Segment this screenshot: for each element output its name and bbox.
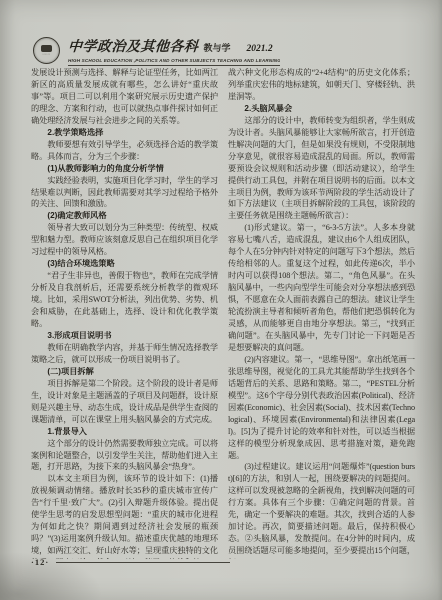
footer-rule [56, 562, 230, 563]
paragraph: 这部分的设计中，教师转变为组织者，学生则成为设计者。头脑风暴能够让大家畅所欲言，… [228, 115, 415, 223]
section-heading: (2)确定教师风格 [31, 210, 218, 222]
section-heading: (3)结合环境选策略 [31, 258, 218, 270]
journal-header: ◦◦◦◦◦◦ 中学政治及其他各科 教与学 2021.2 HIGH SCHOOL … [33, 36, 415, 66]
section-heading: 2.教学策略选择 [31, 127, 218, 139]
section-heading: (1)从教师影响力的角度分析学情 [31, 163, 218, 175]
page-footer: ·12· [31, 557, 415, 567]
paragraph: (3)过程建议。建议运用“问题爆炸”(question burst)[6]的方法… [228, 461, 415, 559]
paragraph: 这个部分的设计仍然需要教师独立完成。可以将案例和论题整合，以引发学生关注，帮助他… [31, 438, 218, 474]
section-heading: 1.背景导入 [31, 426, 218, 438]
journal-title-block: 中学政治及其他各科 教与学 2021.2 HIGH SCHOOL EDUCATI… [68, 36, 415, 66]
seal-microtext: ◦◦◦◦◦◦ [43, 53, 51, 56]
article-body: 发展设计预测与选择、解释与论证型任务，比如两江新区的高质量发展成就有哪些，怎么讲… [31, 67, 415, 559]
paragraph: 教师在明确教学内容，并基于师生情况选择教学策略之后，就可以形成一份项目说明书了。 [31, 342, 218, 366]
scanned-journal-page: ◦◦◦◦◦◦ 中学政治及其他各科 教与学 2021.2 HIGH SCHOOL … [0, 0, 442, 600]
paragraph: (1)形式建议。第一，“6-3-5方法”。人多本身就容易七嘴八舌，造成混乱，建议… [228, 222, 415, 353]
paragraph: 教师要想有效引导学生，必须选择合适的教学策略。具体而言，分为三个步骤： [31, 139, 218, 163]
page-number: ·12· [31, 557, 49, 567]
paragraph: 实践经验表明，实施项目化学习时，学生的学习结果难以判断，因此教师需要对其学习过程… [31, 175, 218, 211]
journal-subtitle-en: HIGH SCHOOL EDUCATION ,POLITICS AND OTHE… [68, 58, 280, 66]
journal-title: 中学政治及其他各科 [67, 36, 199, 56]
paragraph: (2)内容建议。第一，“思维导图”。拿出纸笔画一张思维导图，视觉化的工具尤其能帮… [228, 354, 415, 462]
section-heading: (二)项目拆解 [31, 366, 218, 378]
paragraph: 以本文主项目为例，该环节的设计如下：(1)播放视频调动情绪。播放时长35秒的重庆… [31, 473, 218, 559]
journal-seal-icon: ◦◦◦◦◦◦ [33, 37, 60, 64]
paragraph: 战六种文化形态构成的“2+4结构”的历史文化体系；列举重庆宏伟的地标建筑，如朝天… [228, 67, 415, 103]
paragraph: 项目拆解是第二个阶段。这个阶段的设计者是师生，设计对象是主题涵盖的子项目及问题群… [31, 378, 218, 426]
section-heading: 2.头脑风暴会 [228, 103, 415, 115]
left-column: 发展设计预测与选择、解释与论证型任务，比如两江新区的高质量发展成就有哪些，怎么讲… [31, 67, 218, 559]
paragraph: “君子生非异也，善假于物也”，教师在完成学情分析及自我剖析后，还需要系统分析教学… [31, 270, 218, 330]
right-column: 战六种文化形态构成的“2+4结构”的历史文化体系；列举重庆宏伟的地标建筑，如朝天… [228, 67, 415, 559]
journal-title-suffix: 教与学 [204, 41, 231, 54]
seal-emblem-icon [41, 45, 52, 52]
section-heading: 3.形成项目说明书 [31, 330, 218, 342]
paragraph: 发展设计预测与选择、解释与论证型任务，比如两江新区的高质量发展成就有哪些，怎么讲… [31, 67, 218, 127]
issue-number: 2021.2 [247, 44, 273, 54]
paragraph: 领导者大致可以划分为三种类型：传统型、权威型和魅力型。教师应该刻意反思自己在组织… [31, 222, 218, 258]
